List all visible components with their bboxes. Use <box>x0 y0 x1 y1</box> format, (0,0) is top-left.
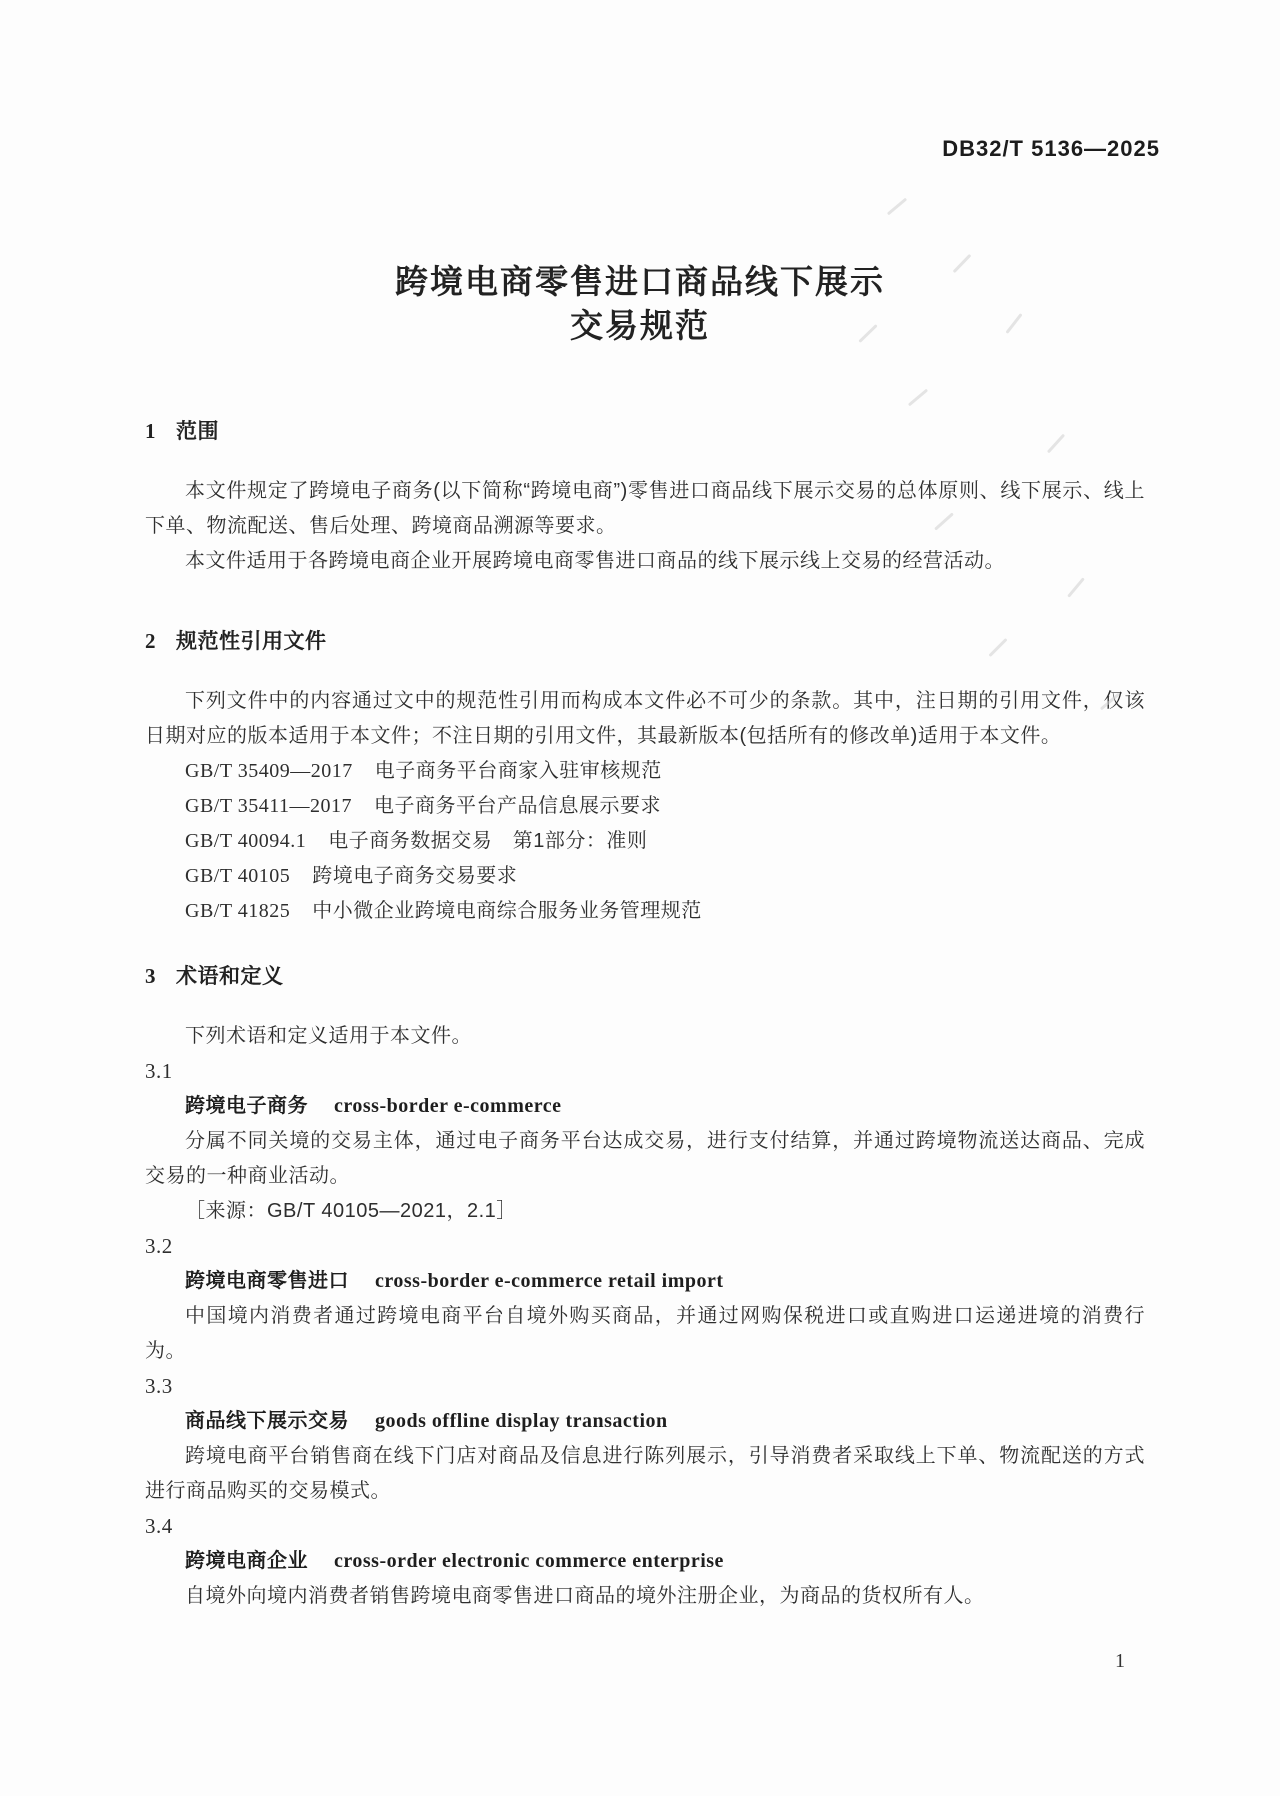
term-source: ［来源：GB/T 40105—2021，2.1］ <box>145 1194 1145 1229</box>
term-number: 3.4 <box>145 1509 1145 1544</box>
reference-title: 电子商务平台产品信息展示要求 <box>374 795 661 817</box>
section-1-heading: 1范围 <box>145 414 1145 449</box>
reference-code: GB/T 35411—2017 <box>185 795 352 817</box>
section-1-title: 范围 <box>176 420 219 443</box>
section-3-number: 3 <box>145 964 156 988</box>
document-title-line2: 交易规范 <box>0 304 1280 348</box>
term-heading: 跨境电商零售进口cross-border e-commerce retail i… <box>145 1264 1145 1299</box>
reference-title: 跨境电子商务交易要求 <box>312 865 517 887</box>
section-2-title: 规范性引用文件 <box>176 630 327 653</box>
document-title-line1: 跨境电商零售进口商品线下展示 <box>0 260 1280 304</box>
reference-item: GB/T 40105跨境电子商务交易要求 <box>145 859 1145 894</box>
term-definition: 跨境电商平台销售商在线下门店对商品及信息进行陈列展示，引导消费者采取线上下单、物… <box>145 1439 1145 1509</box>
reference-code: GB/T 40094.1 <box>185 830 306 852</box>
reference-item: GB/T 35411—2017电子商务平台产品信息展示要求 <box>145 789 1145 824</box>
document-page: DB32/T 5136—2025 跨境电商零售进口商品线下展示 交易规范 1范围… <box>0 0 1280 1796</box>
reference-code: GB/T 41825 <box>185 900 290 922</box>
reference-code: GB/T 35409—2017 <box>185 760 353 782</box>
term-definition: 中国境内消费者通过跨境电商平台自境外购买商品，并通过网购保税进口或直购进口运递进… <box>145 1299 1145 1369</box>
section-3-heading: 3术语和定义 <box>145 959 1145 994</box>
term-number: 3.1 <box>145 1054 1145 1089</box>
page-number: 1 <box>1115 1650 1125 1673</box>
term-en: goods offline display transaction <box>375 1410 668 1432</box>
term-heading: 商品线下展示交易goods offline display transactio… <box>145 1404 1145 1439</box>
section-1-number: 1 <box>145 419 156 443</box>
scan-artifact <box>887 198 907 216</box>
document-body: 1范围 本文件规定了跨境电子商务(以下简称“跨境电商”)零售进口商品线下展示交易… <box>145 414 1145 1614</box>
reference-code: GB/T 40105 <box>185 865 290 887</box>
term-zh: 跨境电商零售进口 <box>185 1270 349 1292</box>
term-definition: 分属不同关境的交易主体，通过电子商务平台达成交易，进行支付结算，并通过跨境物流送… <box>145 1124 1145 1194</box>
section-1-paragraph-1: 本文件规定了跨境电子商务(以下简称“跨境电商”)零售进口商品线下展示交易的总体原… <box>145 474 1145 544</box>
term-zh: 商品线下展示交易 <box>185 1410 349 1432</box>
section-3-intro: 下列术语和定义适用于本文件。 <box>145 1019 1145 1054</box>
term-zh: 跨境电商企业 <box>185 1550 308 1572</box>
reference-item: GB/T 41825中小微企业跨境电商综合服务业务管理规范 <box>145 894 1145 929</box>
term-number: 3.3 <box>145 1369 1145 1404</box>
section-2-paragraph-1: 下列文件中的内容通过文中的规范性引用而构成本文件必不可少的条款。其中，注日期的引… <box>145 684 1145 754</box>
term-number: 3.2 <box>145 1229 1145 1264</box>
term-en: cross-border e-commerce retail import <box>375 1270 724 1292</box>
section-1-paragraph-2: 本文件适用于各跨境电商企业开展跨境电商零售进口商品的线下展示线上交易的经营活动。 <box>145 544 1145 579</box>
scan-artifact <box>908 389 928 407</box>
reference-item: GB/T 40094.1电子商务数据交易 第1部分：准则 <box>145 824 1145 859</box>
term-en: cross-border e-commerce <box>334 1095 562 1117</box>
reference-title: 电子商务数据交易 第1部分：准则 <box>328 830 647 852</box>
term-definition: 自境外向境内消费者销售跨境电商零售进口商品的境外注册企业，为商品的货权所有人。 <box>145 1579 1145 1614</box>
document-title: 跨境电商零售进口商品线下展示 交易规范 <box>0 260 1280 348</box>
reference-title: 中小微企业跨境电商综合服务业务管理规范 <box>312 900 702 922</box>
term-heading: 跨境电子商务cross-border e-commerce <box>145 1089 1145 1124</box>
term-heading: 跨境电商企业cross-order electronic commerce en… <box>145 1544 1145 1579</box>
reference-item: GB/T 35409—2017电子商务平台商家入驻审核规范 <box>145 754 1145 789</box>
term-zh: 跨境电子商务 <box>185 1095 308 1117</box>
standard-number: DB32/T 5136—2025 <box>942 136 1160 162</box>
section-2-number: 2 <box>145 629 156 653</box>
section-3-title: 术语和定义 <box>176 965 284 988</box>
reference-title: 电子商务平台商家入驻审核规范 <box>375 760 662 782</box>
section-2-heading: 2规范性引用文件 <box>145 624 1145 659</box>
term-en: cross-order electronic commerce enterpri… <box>334 1550 724 1572</box>
